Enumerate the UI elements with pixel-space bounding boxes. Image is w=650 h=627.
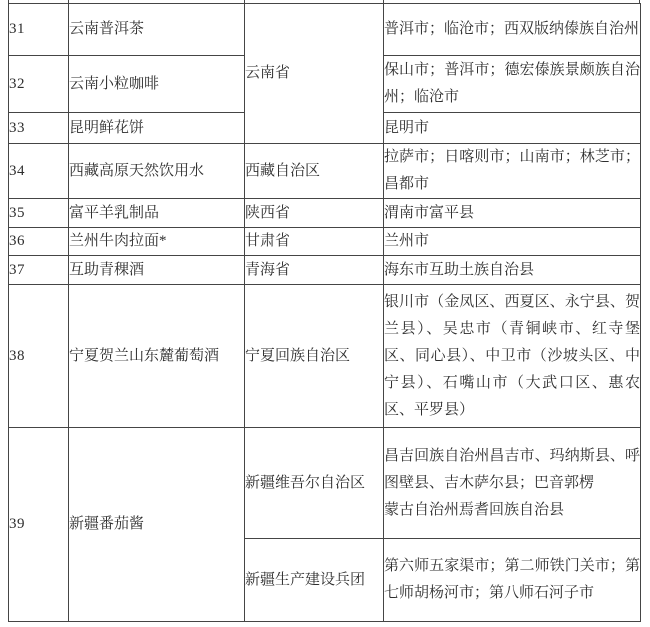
table-row: 38 宁夏贺兰山东麓葡萄酒 宁夏回族自治区 银川市（金凤区、西夏区、永宁县、贺兰…	[9, 285, 641, 428]
table-row: 37 互助青稞酒 青海省 海东市互助土族自治县	[9, 256, 641, 285]
row-number-cell: 37	[9, 256, 69, 285]
region-cell: 陕西省	[245, 199, 384, 228]
row-number-cell: 31	[9, 4, 69, 56]
product-name-cell: 西藏高原天然饮用水	[69, 144, 245, 199]
region-cell: 云南省	[245, 4, 384, 144]
row-number-cell: 36	[9, 228, 69, 256]
region-cell: 新疆维吾尔自治区	[245, 428, 384, 539]
product-name-cell: 云南小粒咖啡	[69, 56, 245, 113]
table-row: 39 新疆番茄酱 新疆维吾尔自治区 昌吉回族自治州昌吉市、玛纳斯县、呼图壁县、吉…	[9, 428, 641, 539]
product-name-cell: 宁夏贺兰山东麓葡萄酒	[69, 285, 245, 428]
table-row: 35 富平羊乳制品 陕西省 渭南市富平县	[9, 199, 641, 228]
cities-cell: 银川市（金凤区、西夏区、永宁县、贺兰县）、吴忠市（青铜峡市、红寺堡区、同心县）、…	[384, 285, 641, 428]
row-number-cell: 34	[9, 144, 69, 199]
table-row: 31 云南普洱茶 云南省 普洱市；临沧市；西双版纳傣族自治州	[9, 4, 641, 56]
row-number-cell: 35	[9, 199, 69, 228]
cities-cell: 拉萨市；日喀则市；山南市；林芝市；昌都市	[384, 144, 641, 199]
region-cell: 甘肃省	[245, 228, 384, 256]
cities-paragraph: 昌吉回族自治州昌吉市、玛纳斯县、呼图壁县、吉木萨尔县；巴音郭楞	[384, 443, 640, 497]
row-number-cell: 38	[9, 285, 69, 428]
cities-paragraph: 蒙古自治州焉耆回族自治县	[384, 497, 640, 524]
cities-cell: 渭南市富平县	[384, 199, 641, 228]
region-cell: 新疆生产建设兵团	[245, 539, 384, 622]
cities-cell: 第六师五家渠市；第二师铁门关市；第七师胡杨河市；第八师石河子市	[384, 539, 641, 622]
cities-cell: 兰州市	[384, 228, 641, 256]
row-number-cell: 32	[9, 56, 69, 113]
cities-cell: 海东市互助土族自治县	[384, 256, 641, 285]
cities-cell: 昌吉回族自治州昌吉市、玛纳斯县、呼图壁县、吉木萨尔县；巴音郭楞 蒙古自治州焉耆回…	[384, 428, 641, 539]
table-row: 36 兰州牛肉拉面* 甘肃省 兰州市	[9, 228, 641, 256]
cities-cell: 普洱市；临沧市；西双版纳傣族自治州	[384, 4, 641, 56]
table-row: 34 西藏高原天然饮用水 西藏自治区 拉萨市；日喀则市；山南市；林芝市；昌都市	[9, 144, 641, 199]
product-name-cell: 新疆番茄酱	[69, 428, 245, 622]
product-name-cell: 兰州牛肉拉面*	[69, 228, 245, 256]
cities-cell: 保山市；普洱市；德宏傣族景颇族自治州；临沧市	[384, 56, 641, 113]
document-page: 31 云南普洱茶 云南省 普洱市；临沧市；西双版纳傣族自治州 32 云南小粒咖啡…	[0, 0, 650, 627]
region-cell: 西藏自治区	[245, 144, 384, 199]
product-name-cell: 昆明鲜花饼	[69, 113, 245, 144]
product-name-cell: 云南普洱茶	[69, 4, 245, 56]
regional-products-table: 31 云南普洱茶 云南省 普洱市；临沧市；西双版纳傣族自治州 32 云南小粒咖啡…	[8, 3, 641, 622]
region-cell: 青海省	[245, 256, 384, 285]
product-name-cell: 富平羊乳制品	[69, 199, 245, 228]
product-name-cell: 互助青稞酒	[69, 256, 245, 285]
cities-cell: 昆明市	[384, 113, 641, 144]
row-number-cell: 33	[9, 113, 69, 144]
region-cell: 宁夏回族自治区	[245, 285, 384, 428]
row-number-cell: 39	[9, 428, 69, 622]
